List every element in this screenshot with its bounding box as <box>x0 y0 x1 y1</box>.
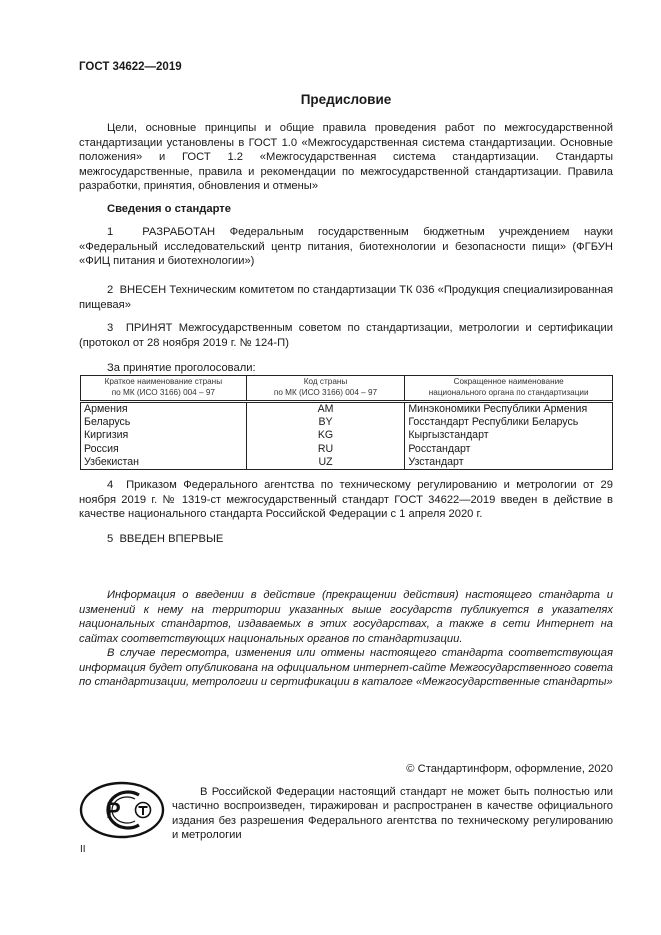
table-row: Киргизия KG Кыргызстандарт <box>81 429 613 442</box>
table-row: Узбекистан UZ Узстандарт <box>81 456 613 470</box>
notice-text: В Российской Федерации настоящий стандар… <box>172 786 613 841</box>
document-page: ГОСТ 34622—2019 Предисловие Цели, основн… <box>0 0 661 935</box>
info-note-publication: Информация о введении в действие (прекра… <box>79 588 613 646</box>
intro-paragraph: Цели, основные принципы и общие правила … <box>79 121 613 194</box>
item-text: Приказом Федерального агентства по техни… <box>79 479 613 520</box>
cell-country: Армения <box>81 402 247 417</box>
info-note-revision: В случае пересмотра, изменения или отмен… <box>79 646 613 690</box>
cell-code: AM <box>246 402 405 417</box>
cell-body: Минэкономики Республики Армения <box>405 402 613 417</box>
table-header-row: Краткое наименование страныпо МК (ИСО 31… <box>81 376 613 402</box>
vote-table: Краткое наименование страныпо МК (ИСО 31… <box>80 375 613 470</box>
cell-code: RU <box>246 443 405 456</box>
rst-certification-logo-icon: P <box>79 781 165 839</box>
cell-body: Росстандарт <box>405 443 613 456</box>
copyright-line: © Стандартинформ, оформление, 2020 <box>406 763 613 775</box>
note-text: В случае пересмотра, изменения или отмен… <box>79 647 613 688</box>
table-row: Беларусь BY Госстандарт Республики Белар… <box>81 416 613 429</box>
cell-country: Беларусь <box>81 416 247 429</box>
info-item-3: 3 ПРИНЯТ Межгосударственным советом по с… <box>79 321 613 350</box>
standard-info-heading: Сведения о стандарте <box>107 203 231 215</box>
note-text: Информация о введении в действие (прекра… <box>79 589 613 645</box>
column-header-body: Сокращенное наименованиенационального ор… <box>405 376 613 402</box>
info-item-4: 4 Приказом Федерального агентства по тех… <box>79 478 613 522</box>
cell-country: Узбекистан <box>81 456 247 470</box>
column-header-code: Код страныпо МК (ИСО 3166) 004 – 97 <box>246 376 405 402</box>
item-text: ВВЕДЕН ВПЕРВЫЕ <box>119 533 223 545</box>
item-text: ВНЕСЕН Техническим комитетом по стандарт… <box>79 284 613 311</box>
item-text: ПРИНЯТ Межгосударственным советом по ста… <box>79 322 613 349</box>
table-row: Россия RU Росстандарт <box>81 443 613 456</box>
cell-body: Кыргызстандарт <box>405 429 613 442</box>
item-number: 3 <box>107 322 113 334</box>
cell-code: UZ <box>246 456 405 470</box>
intro-text: Цели, основные принципы и общие правила … <box>79 122 613 192</box>
svg-text:P: P <box>106 798 121 823</box>
cell-code: KG <box>246 429 405 442</box>
column-header-country: Краткое наименование страныпо МК (ИСО 31… <box>81 376 247 402</box>
vote-table-label: За принятие проголосовали: <box>107 362 256 374</box>
item-number: 4 <box>107 479 113 491</box>
cell-code: BY <box>246 416 405 429</box>
cell-body: Госстандарт Республики Беларусь <box>405 416 613 429</box>
info-item-1: 1 РАЗРАБОТАН Федеральным государственным… <box>79 225 613 269</box>
info-item-5: 5 ВВЕДЕН ВПЕРВЫЕ <box>79 532 613 547</box>
document-code: ГОСТ 34622—2019 <box>79 61 182 73</box>
item-number: 1 <box>107 226 113 238</box>
page-number: II <box>80 844 86 855</box>
item-number: 2 <box>107 284 113 296</box>
page-title: Предисловие <box>79 92 613 107</box>
copyright-notice: В Российской Федерации настоящий стандар… <box>172 785 613 843</box>
item-number: 5 <box>107 533 113 545</box>
cell-country: Россия <box>81 443 247 456</box>
item-text: РАЗРАБОТАН Федеральным государственным б… <box>79 226 613 267</box>
cell-country: Киргизия <box>81 429 247 442</box>
table-row: Армения AM Минэкономики Республики Армен… <box>81 402 613 417</box>
info-item-2: 2 ВНЕСЕН Техническим комитетом по станда… <box>79 283 613 312</box>
cell-body: Узстандарт <box>405 456 613 470</box>
